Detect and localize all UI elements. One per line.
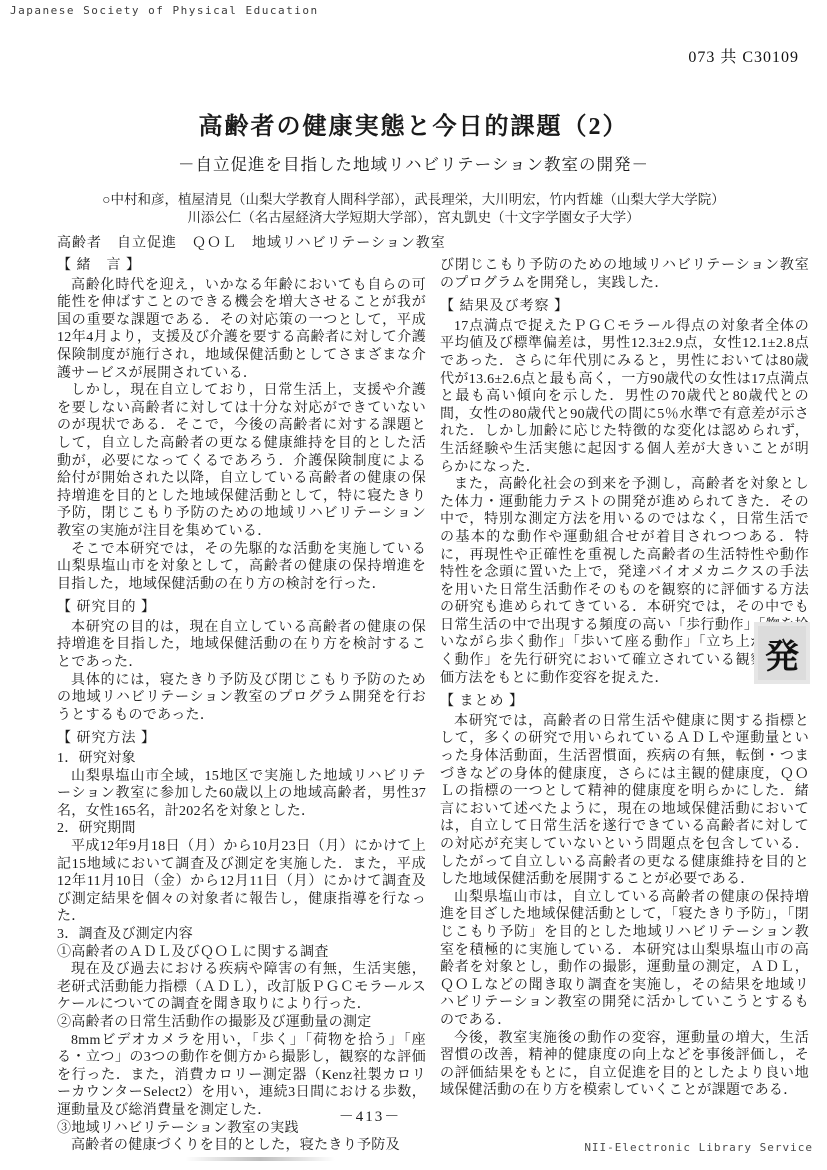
authors-block: ○中村和彦，植屋清見（山梨大学教育人間科学部），武長理栄，大川明宏，竹内哲雄（山… [0,191,827,227]
section-heading-introduction: 【 緒 言 】 [57,257,426,275]
paragraph: しかし，現在自立しており，日常生活上，支援や介護を要しない高齢者に対しては十分な… [57,382,426,540]
left-column: 【 緒 言 】 高齢化時代を迎え，いかなる年齢においても自らの可能性を伸ばすこと… [57,257,426,1155]
right-column: び閉じこもり予防のための地域リハビリテーション教室のプログラムを開発し，実践した… [440,257,809,1155]
page-number: －413－ [0,1105,740,1126]
scanned-paper-page: Japanese Society of Physical Education 0… [0,0,827,1170]
index-tab: 発 [754,622,810,684]
paragraph: 具体的には，寝たきり予防及び閉じこもり予防のための地域リハビリテーション教室のプ… [57,672,426,725]
keywords-line: 高齢者 自立促進 ＱＯＬ 地域リハビリテーション教室 [57,232,446,252]
index-tab-label: 発 [765,629,799,678]
method-subitem-2: ②高齢者の日常生活動作の撮影及び運動量の測定 [57,1014,426,1032]
paragraph: 本研究の目的は，現在自立している高齢者の健康の保持増進を目指した，地域保健活動の… [57,619,426,672]
paragraph: 高齢者の健康づくりを目的とした，寝たきり予防及 [57,1137,426,1155]
paper-subtitle: －自立促進を目指した地域リハビリテーション教室の開発－ [0,151,827,175]
society-stamp: Japanese Society of Physical Education [10,4,319,17]
authors-line-1: ○中村和彦，植屋清見（山梨大学教育人間科学部），武長理栄，大川明宏，竹内哲雄（山… [0,191,827,209]
method-item-period: 2．研究期間 [57,820,426,838]
paragraph: 山梨県塩山市全域，15地区で実施した地域リハビリテーション教室に参加した60歳以… [57,768,426,821]
nii-service-label: NII-Electronic Library Service [584,1141,813,1154]
paragraph: 高齢化時代を迎え，いかなる年齢においても自らの可能性を伸ばすことのできる機会を増… [57,277,426,383]
paragraph: 本研究では，高齢者の日常生活や健康に関する指標として，多くの研究で用いられている… [440,713,809,889]
scan-artifact [185,1157,335,1161]
paragraph: そこで本研究では，その先駆的な活動を実施している山梨県塩山市を対象として，高齢者… [57,541,426,594]
paragraph: 山梨県塩山市は，自立している高齢者の健康の保持増進を目ざした地域保健活動として，… [440,889,809,1030]
authors-line-2: 川添公仁（名古屋経済大学短期大学部），宮丸凱史（十文字学園女子大学） [0,209,827,227]
method-item-subjects: 1．研究対象 [57,750,426,768]
paragraph: 17点満点で捉えたＰＧＣモラール得点の対象者全体の平均値及び標準偏差は，男性12… [440,318,809,476]
paragraph-continuation: び閉じこもり予防のための地域リハビリテーション教室のプログラムを開発し，実践した… [440,257,809,292]
section-heading-results: 【 結果及び考察 】 [440,298,809,316]
title-block: 高齢者の健康実態と今日的課題（2） －自立促進を目指した地域リハビリテーション教… [0,106,827,227]
paragraph: 平成12年9月18日（月）から10月23日（月）にかけて上記15地域において調査… [57,838,426,926]
method-item-contents: 3．調査及び測定内容 [57,926,426,944]
two-column-body: 【 緒 言 】 高齢化時代を迎え，いかなる年齢においても自らの可能性を伸ばすこと… [57,257,809,1155]
method-subitem-1: ①高齢者のＡＤＬ及びＱＯＬに関する調査 [57,944,426,962]
paragraph: 現在及び過去における疾病や障害の有無，生活実態，老研式活動能力指標（ＡＤＬ），改… [57,961,426,1014]
paragraph: 今後，教室実施後の動作の変容，運動量の増大，生活習慣の改善，精神的健康度の向上な… [440,1030,809,1100]
paper-title: 高齢者の健康実態と今日的課題（2） [0,106,827,141]
document-code: 073 共 C30109 [688,44,799,67]
section-heading-summary: 【 まとめ 】 [440,693,809,711]
section-heading-methods: 【 研究方法 】 [57,730,426,748]
section-heading-purpose: 【 研究目的 】 [57,599,426,617]
